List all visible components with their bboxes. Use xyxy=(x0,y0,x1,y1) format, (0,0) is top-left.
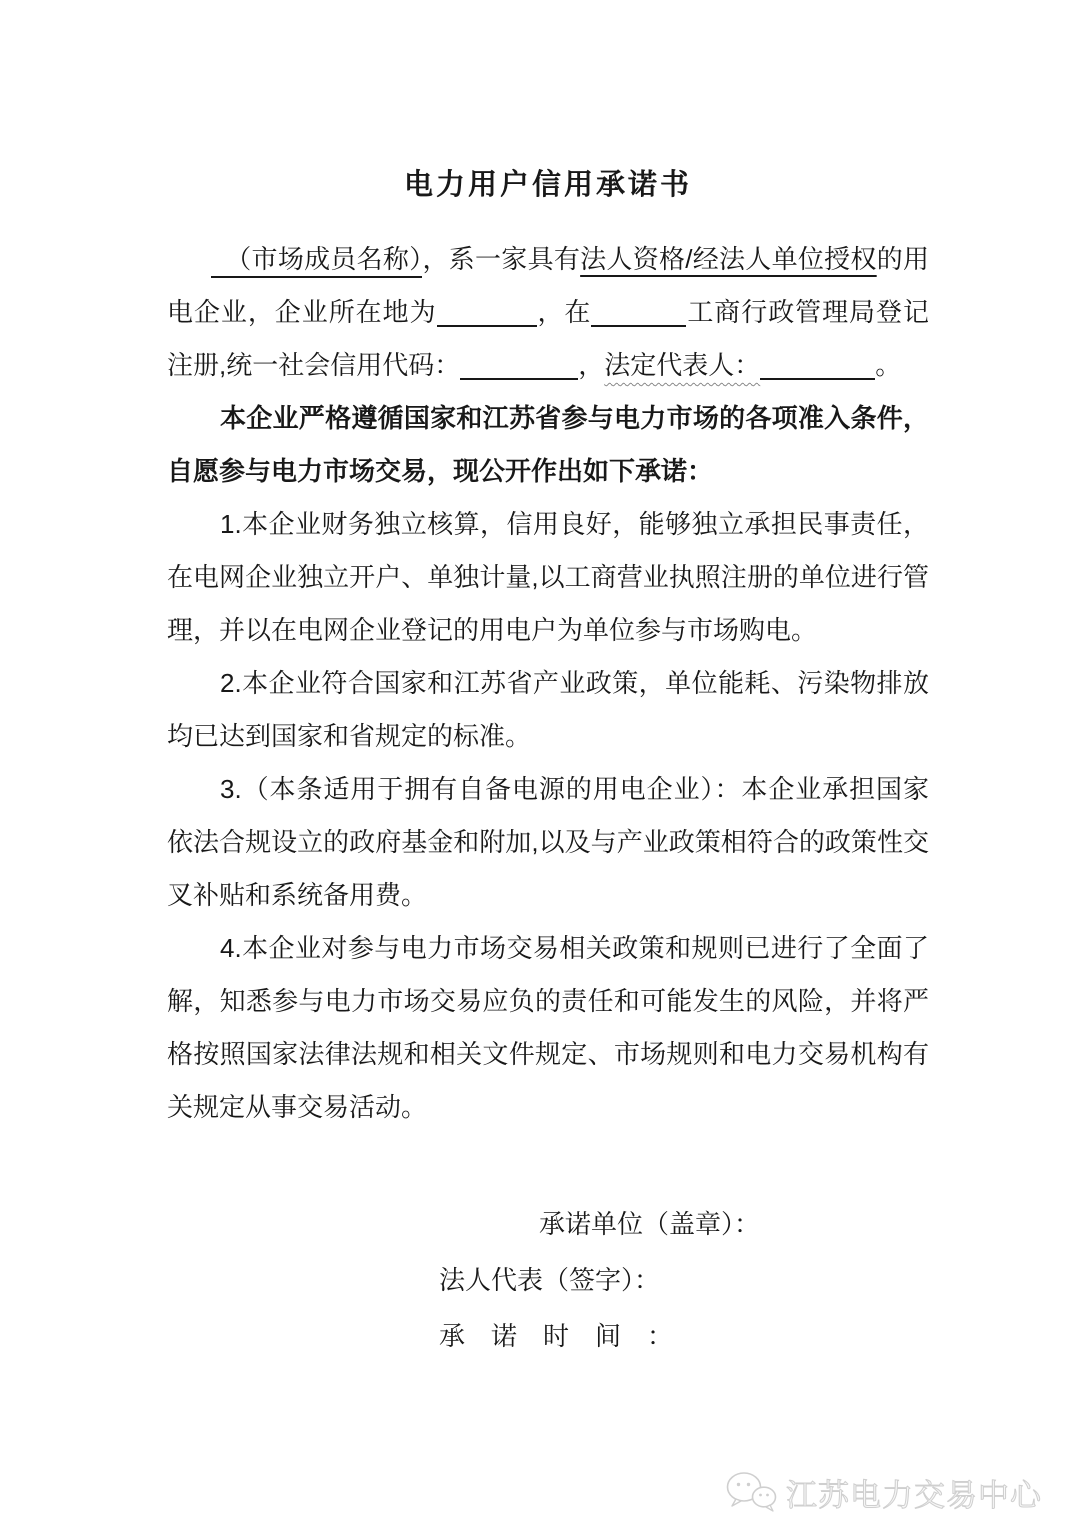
opening-paragraph: （市场成员名称），系一家具有法人资格/经法人单位授权的用电企业，企业所在地为，在… xyxy=(167,233,929,392)
member-name-label: （市场成员名称） xyxy=(225,244,422,274)
signature-time-line: 承 诺 时 间 ： xyxy=(439,1308,929,1364)
commitment-item-2: 2.本企业符合国家和江苏省产业政策，单位能耗、污染物排放均已达到国家和省规定的标… xyxy=(167,657,929,763)
commitment-item-4: 4.本企业对参与电力市场交易相关政策和规则已进行了全面了解，知悉参与电力市场交易… xyxy=(167,922,929,1134)
signature-unit-line: 承诺单位（盖章）： xyxy=(539,1196,929,1252)
footer-watermark: 江苏电力交易中心 xyxy=(724,1469,1042,1515)
commitment-preamble: 本企业严格遵循国家和江苏省参与电力市场的各项准入条件，自愿参与电力市场交易，现公… xyxy=(167,392,929,498)
opening-text-1: ，系一家具有 xyxy=(422,244,580,274)
footer-brand-text: 江苏电力交易中心 xyxy=(786,1470,1042,1515)
legal-representative-label: 法定代表人： xyxy=(604,350,760,380)
opening-text-3: ，在 xyxy=(537,297,592,327)
signature-legal-rep-line: 法人代表（签字）： xyxy=(439,1252,929,1308)
address-blank xyxy=(437,303,537,327)
commitment-item-3: 3.（本条适用于拥有自备电源的用电企业）：本企业承担国家依法合规设立的政府基金和… xyxy=(167,763,929,922)
commitment-item-1: 1.本企业财务独立核算，信用良好，能够独立承担民事责任，在电网企业独立开户、单独… xyxy=(167,498,929,657)
document-content: 电力用户信用承诺书 （市场成员名称），系一家具有法人资格/经法人单位授权的用电企… xyxy=(167,162,929,1364)
registry-authority-blank xyxy=(591,303,686,327)
document-title: 电力用户信用承诺书 xyxy=(167,162,929,203)
legal-representative-blank xyxy=(760,356,875,380)
credit-code-blank xyxy=(460,356,578,380)
qualification-underlined-phrase: 法人资格/经法人单位授权 xyxy=(580,244,877,274)
opening-text-6: 。 xyxy=(875,350,901,380)
document-page: 电力用户信用承诺书 （市场成员名称），系一家具有法人资格/经法人单位授权的用电企… xyxy=(0,0,1080,1527)
opening-text-5: ， xyxy=(578,350,604,380)
signature-block: 承诺单位（盖章）： 法人代表（签字）： 承 诺 时 间 ： xyxy=(167,1196,929,1364)
member-name-underline: （市场成员名称） xyxy=(211,244,422,278)
wechat-icon xyxy=(724,1469,778,1515)
